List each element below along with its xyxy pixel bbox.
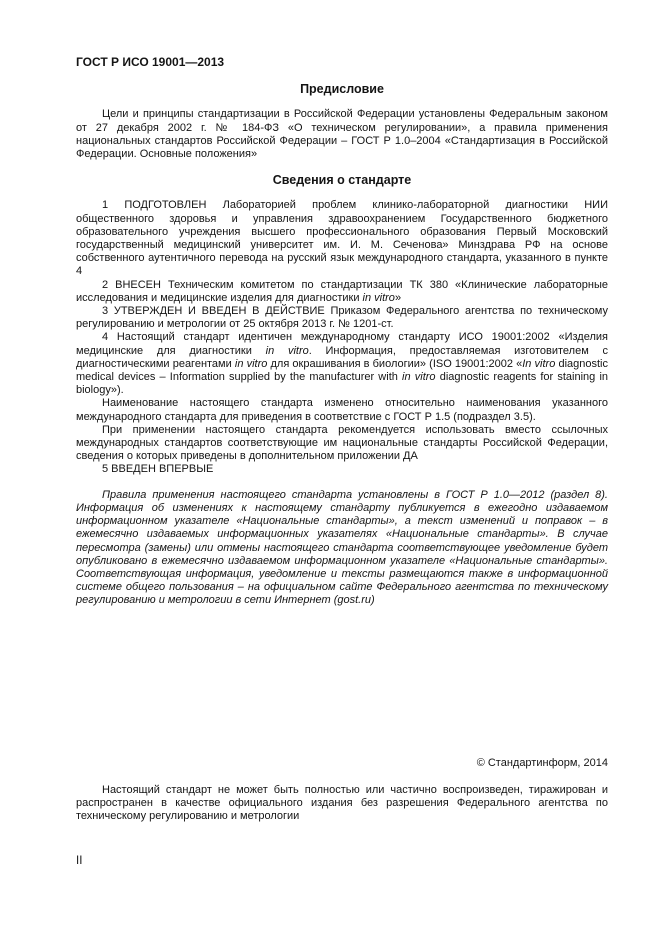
standard-info-item-identical: 4 Настоящий стандарт идентичен междунаро… bbox=[76, 331, 608, 397]
text-run: 2 ВНЕСЕН Техническим комитетом по станда… bbox=[76, 279, 608, 304]
reproduction-restriction-note: Настоящий стандарт не может быть полност… bbox=[76, 784, 608, 824]
standard-info-item-first-edition: 5 ВВЕДЕН ВПЕРВЫЕ bbox=[76, 463, 608, 476]
text-run: 3 УТВЕРЖДЕН И ВВЕДЕН В ДЕЙСТВИЕ Приказом… bbox=[76, 305, 608, 330]
document-code: ГОСТ Р ИСО 19001—2013 bbox=[76, 56, 608, 69]
standard-info-item-introduced: 2 ВНЕСЕН Техническим комитетом по станда… bbox=[76, 279, 608, 305]
standard-info-item-prepared: 1 ПОДГОТОВЛЕН Лабораторией проблем клини… bbox=[76, 199, 608, 278]
page-number: II bbox=[76, 855, 82, 868]
italic-text-run: In vitro bbox=[522, 358, 555, 370]
italic-text-run: in vitro bbox=[266, 345, 309, 357]
text-run: При применении настоящего стандарта реко… bbox=[76, 424, 608, 462]
page-content: ГОСТ Р ИСО 19001—2013 Предисловие Цели и… bbox=[76, 56, 608, 608]
italic-text-run: in vitro bbox=[363, 292, 395, 304]
text-run: 1 ПОДГОТОВЛЕН Лабораторией проблем клини… bbox=[76, 199, 608, 277]
standard-info-reference-note: При применении настоящего стандарта реко… bbox=[76, 424, 608, 464]
text-run: 5 ВВЕДЕН ВПЕРВЫЕ bbox=[102, 463, 213, 475]
foreword-paragraph: Цели и принципы стандартизации в Российс… bbox=[76, 108, 608, 161]
application-rules-note: Правила применения настоящего стандарта … bbox=[76, 489, 608, 608]
standard-info-name-change-note: Наименование настоящего стандарта измене… bbox=[76, 397, 608, 423]
italic-text-run: in vitro bbox=[235, 358, 267, 370]
standard-info-item-approved: 3 УТВЕРЖДЕН И ВВЕДЕН В ДЕЙСТВИЕ Приказом… bbox=[76, 305, 608, 331]
standard-info-title: Сведения о стандарте bbox=[76, 174, 608, 187]
copyright-notice: © Стандартинформ, 2014 bbox=[477, 757, 608, 770]
foreword-title: Предисловие bbox=[76, 83, 608, 96]
text-run: для окрашивания в биологии» (ISO 19001:2… bbox=[267, 358, 522, 370]
text-run: Наименование настоящего стандарта измене… bbox=[76, 397, 608, 422]
document-page: ГОСТ Р ИСО 19001—2013 Предисловие Цели и… bbox=[0, 0, 661, 936]
text-run: » bbox=[395, 292, 401, 304]
italic-text-run: in vitro bbox=[402, 371, 436, 383]
